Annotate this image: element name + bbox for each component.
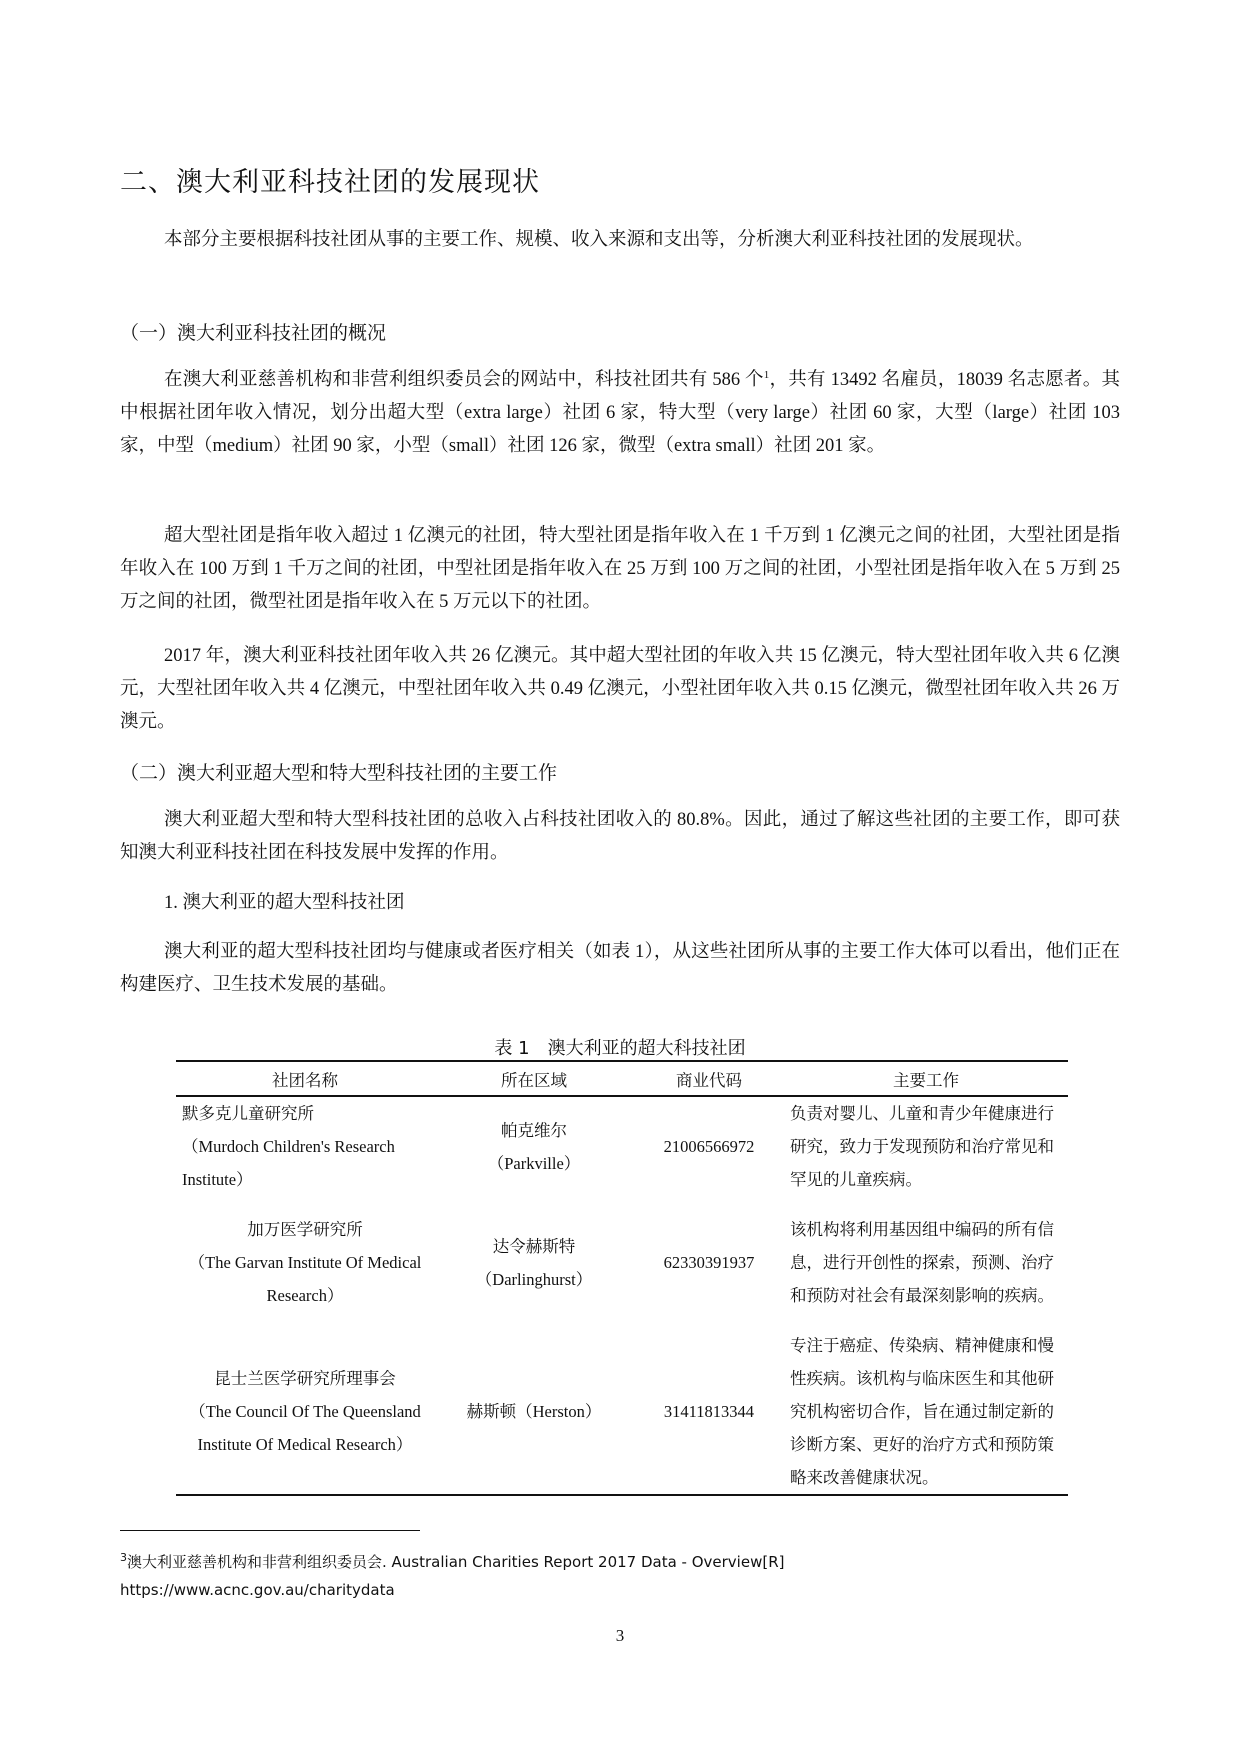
footnote-citation: 3澳大利亚慈善机构和非营利组织委员会. Australian Charities… [120, 1548, 784, 1576]
table-row: 加万医学研究所（The Garvan Institute Of Medical … [176, 1196, 1068, 1329]
header-name: 社团名称 [176, 1061, 434, 1096]
footnote: 3澳大利亚慈善机构和非营利组织委员会. Australian Charities… [120, 1548, 784, 1604]
table-row: 昆士兰医学研究所理事会（The Council Of The Queenslan… [176, 1329, 1068, 1495]
society-name: 加万医学研究所（The Garvan Institute Of Medical … [176, 1196, 434, 1329]
subsection-2-title: （二）澳大利亚超大型和特大型科技社团的主要工作 [120, 758, 557, 785]
subsection-1-title: （一）澳大利亚科技社团的概况 [120, 318, 386, 345]
society-abn: 31411813344 [634, 1329, 784, 1495]
section-title: 二、澳大利亚科技社团的发展现状 [120, 160, 540, 199]
header-work: 主要工作 [784, 1061, 1068, 1096]
society-region: 赫斯顿（Herston） [434, 1329, 634, 1495]
table-intro-paragraph: 澳大利亚的超大型科技社团均与健康或者医疗相关（如表 1），从这些社团所从事的主要… [120, 936, 1120, 1002]
overview-paragraph: 在澳大利亚慈善机构和非营利组织委员会的网站中，科技社团共有 586 个1，共有 … [120, 364, 1120, 463]
society-work: 负责对婴儿、儿童和青少年健康进行研究，致力于发现预防和治疗常见和罕见的儿童疾病。 [784, 1096, 1068, 1196]
table-caption: 表 1 澳大利亚的超大科技社团 [0, 1034, 1240, 1060]
footnote-url[interactable]: https://www.acnc.gov.au/charitydata [120, 1576, 784, 1604]
share-paragraph: 澳大利亚超大型和特大型科技社团的总收入占科技社团收入的 80.8%。因此，通过了… [120, 804, 1120, 870]
page-number: 3 [0, 1626, 1240, 1646]
society-name: 昆士兰医学研究所理事会（The Council Of The Queenslan… [176, 1329, 434, 1495]
footnote-divider [120, 1530, 420, 1531]
header-abn: 商业代码 [634, 1061, 784, 1096]
table-row: 默多克儿童研究所（Murdoch Children's Research Ins… [176, 1096, 1068, 1196]
society-work: 专注于癌症、传染病、精神健康和慢性疾病。该机构与临床医生和其他研究机构密切合作，… [784, 1329, 1068, 1495]
size-definition-paragraph: 超大型社团是指年收入超过 1 亿澳元的社团，特大型社团是指年收入在 1 千万到 … [120, 520, 1120, 619]
footnote-text: 澳大利亚慈善机构和非营利组织委员会. Australian Charities … [127, 1553, 784, 1571]
society-abn: 21006566972 [634, 1096, 784, 1196]
society-abn: 62330391937 [634, 1196, 784, 1329]
overview-text-a: 在澳大利亚慈善机构和非营利组织委员会的网站中，科技社团共有 586 个 [164, 370, 764, 390]
society-region: 达令赫斯特（Darlinghurst） [434, 1196, 634, 1329]
header-region: 所在区域 [434, 1061, 634, 1096]
footnote-marker: 3 [120, 1551, 127, 1564]
intro-paragraph: 本部分主要根据科技社团从事的主要工作、规模、收入来源和支出等，分析澳大利亚科技社… [120, 224, 1120, 257]
table-extra-large-societies: 社团名称 所在区域 商业代码 主要工作 默多克儿童研究所（Murdoch Chi… [176, 1060, 1068, 1496]
revenue-paragraph: 2017 年，澳大利亚科技社团年收入共 26 亿澳元。其中超大型社团的年收入共 … [120, 640, 1120, 739]
society-region: 帕克维尔（Parkville） [434, 1096, 634, 1196]
table-header-row: 社团名称 所在区域 商业代码 主要工作 [176, 1061, 1068, 1096]
list-item-1: 1. 澳大利亚的超大型科技社团 [164, 888, 405, 914]
society-name: 默多克儿童研究所（Murdoch Children's Research Ins… [176, 1096, 434, 1196]
society-work: 该机构将利用基因组中编码的所有信息，进行开创性的探索，预测、治疗和预防对社会有最… [784, 1196, 1068, 1329]
